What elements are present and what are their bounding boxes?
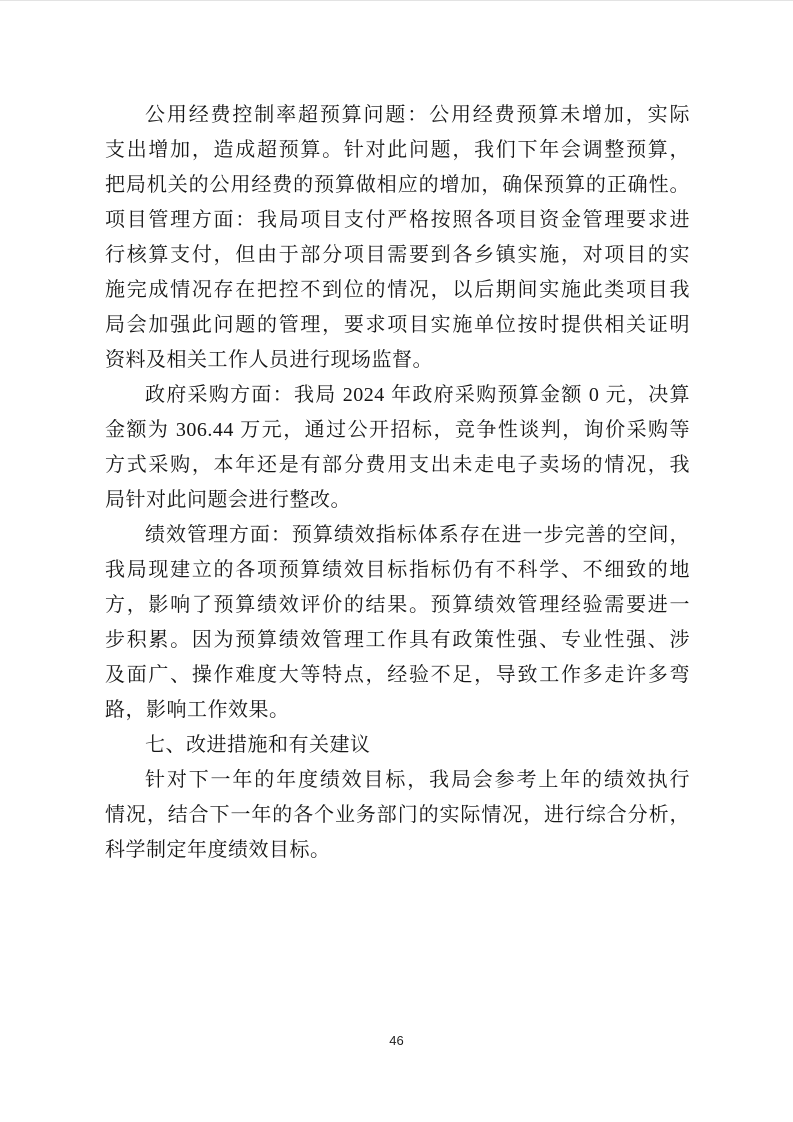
text-line: 把局机关的公用经费的预算做相应的增加，确保预算的正确性。 — [105, 168, 690, 203]
text-line: 资料及相关工作人员进行现场监督。 — [105, 343, 690, 378]
text-line: 行核算支付，但由于部分项目需要到各乡镇实施，对项目的实 — [105, 238, 690, 273]
text-line: 路，影响工作效果。 — [105, 693, 690, 728]
text-line: 施完成情况存在把控不到位的情况，以后期间实施此类项目我 — [105, 273, 690, 308]
text-line: 公用经费控制率超预算问题：公用经费预算未增加，实际 — [105, 98, 690, 133]
text-line: 局会加强此问题的管理，要求项目实施单位按时提供相关证明 — [105, 308, 690, 343]
text-line: 支出增加，造成超预算。针对此问题，我们下年会调整预算， — [105, 133, 690, 168]
text-line: 针对下一年的年度绩效目标，我局会参考上年的绩效执行 — [105, 763, 690, 798]
text-line: 我局现建立的各项预算绩效目标指标仍有不科学、不细致的地 — [105, 553, 690, 588]
page-number: 46 — [0, 1033, 793, 1048]
text-line: 金额为 306.44 万元，通过公开招标，竞争性谈判，询价采购等 — [105, 413, 690, 448]
text-line: 步积累。因为预算绩效管理工作具有政策性强、专业性强、涉 — [105, 623, 690, 658]
text-line: 科学制定年度绩效目标。 — [105, 833, 690, 868]
text-line: 方，影响了预算绩效评价的结果。预算绩效管理经验需要进一 — [105, 588, 690, 623]
text-line: 项目管理方面：我局项目支付严格按照各项目资金管理要求进 — [105, 203, 690, 238]
document-page: 公用经费控制率超预算问题：公用经费预算未增加，实际支出增加，造成超预算。针对此问… — [0, 0, 793, 1122]
text-line: 绩效管理方面：预算绩效指标体系存在进一步完善的空间， — [105, 518, 690, 553]
page-top-edge — [0, 0, 793, 1]
text-line: 政府采购方面：我局 2024 年政府采购预算金额 0 元，决算 — [105, 378, 690, 413]
document-body-text: 公用经费控制率超预算问题：公用经费预算未增加，实际支出增加，造成超预算。针对此问… — [105, 98, 690, 868]
text-line: 方式采购，本年还是有部分费用支出未走电子卖场的情况，我 — [105, 448, 690, 483]
text-line: 七、改进措施和有关建议 — [105, 728, 690, 763]
text-line: 局针对此问题会进行整改。 — [105, 483, 690, 518]
text-line: 及面广、操作难度大等特点，经验不足，导致工作多走许多弯 — [105, 658, 690, 693]
text-line: 情况，结合下一年的各个业务部门的实际情况，进行综合分析， — [105, 798, 690, 833]
